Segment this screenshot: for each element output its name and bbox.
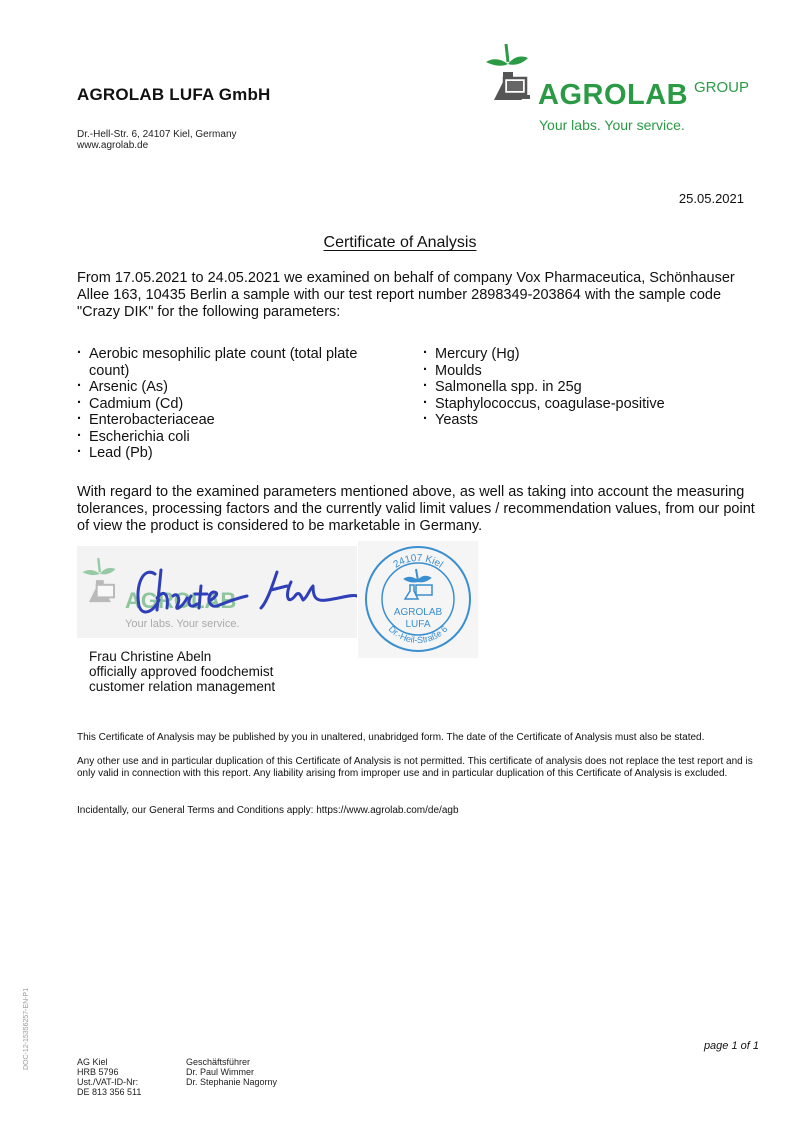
company-stamp: 24107 Kiel Dr.-Heil-Straße 6 AGROLAB LUF… (358, 541, 478, 658)
handwritten-signature-icon (77, 546, 357, 638)
title-text: Certificate of Analysis (324, 234, 477, 251)
signer-block: Frau Christine Abeln officially approved… (89, 649, 275, 694)
list-item: Mercury (Hg) (423, 346, 743, 363)
list-item: Staphylococcus, coagulase-positive (423, 396, 743, 413)
footer-line: DE 813 356 511 (77, 1087, 141, 1097)
list-item: Salmonella spp. in 25g (423, 379, 743, 396)
list-item: Arsenic (As) (77, 379, 397, 396)
conclusion-paragraph: With regard to the examined parameters m… (77, 484, 757, 535)
stamp-middle-1: AGROLAB (394, 607, 443, 618)
stamp-top-text: 24107 Kiel (392, 553, 445, 571)
footer-line: Ust./VAT-ID-Nr: (77, 1077, 141, 1087)
list-item: Escherichia coli (77, 429, 397, 446)
parameter-list-right: Mercury (Hg) Moulds Salmonella spp. in 2… (423, 346, 743, 429)
document-date: 25.05.2021 (679, 191, 744, 206)
logo-group: GROUP (694, 79, 749, 96)
list-item: Enterobacteriaceae (77, 412, 397, 429)
page-number: page 1 of 1 (704, 1040, 759, 1052)
footer-line: HRB 5796 (77, 1067, 141, 1077)
stamp-seal-icon: 24107 Kiel Dr.-Heil-Straße 6 AGROLAB LUF… (358, 541, 478, 658)
signer-name: Frau Christine Abeln (89, 649, 275, 664)
intro-paragraph: From 17.05.2021 to 24.05.2021 we examine… (77, 270, 747, 321)
footer-registration: AG Kiel HRB 5796 Ust./VAT-ID-Nr: DE 813 … (77, 1057, 141, 1097)
company-address: Dr.-Hell-Str. 6, 24107 Kiel, Germany www… (77, 129, 237, 151)
website: www.agrolab.de (77, 140, 237, 151)
footer-line: Dr. Stephanie Nagorny (186, 1077, 277, 1087)
stamp-middle-2: LUFA (405, 619, 430, 630)
signature-image: AGROLAB Your labs. Your service. (77, 546, 357, 638)
footer-line: AG Kiel (77, 1057, 141, 1067)
document-id: DOC-12-15356257-EN-P1 (23, 988, 30, 1070)
address-line: Dr.-Hell-Str. 6, 24107 Kiel, Germany (77, 129, 237, 140)
list-item: Lead (Pb) (77, 445, 397, 462)
agrolab-logo: AGROLAB GROUP Your labs. Your service. (484, 42, 774, 142)
publication-note: This Certificate of Analysis may be publ… (77, 732, 753, 744)
logo-tagline: Your labs. Your service. (539, 117, 685, 133)
flask-laptop-sprout-icon (484, 42, 540, 112)
svg-text:24107 Kiel: 24107 Kiel (392, 553, 445, 571)
list-item: Yeasts (423, 412, 743, 429)
terms-note: Incidentally, our General Terms and Cond… (77, 805, 753, 817)
signer-role: officially approved foodchemist (89, 664, 275, 679)
list-item: Cadmium (Cd) (77, 396, 397, 413)
footer-line: Dr. Paul Wimmer (186, 1067, 277, 1077)
footer-line: Geschäftsführer (186, 1057, 277, 1067)
footer-management: Geschäftsführer Dr. Paul Wimmer Dr. Step… (186, 1057, 277, 1087)
page-title: Certificate of Analysis (0, 234, 800, 252)
list-item: Moulds (423, 363, 743, 380)
signer-department: customer relation management (89, 679, 275, 694)
company-name: AGROLAB LUFA GmbH (77, 85, 271, 105)
parameter-list-left: Aerobic mesophilic plate count (total pl… (77, 346, 397, 462)
logo-wordmark: AGROLAB (538, 79, 688, 112)
list-item: Aerobic mesophilic plate count (total pl… (77, 346, 397, 379)
usage-note: Any other use and in particular duplicat… (77, 756, 753, 779)
